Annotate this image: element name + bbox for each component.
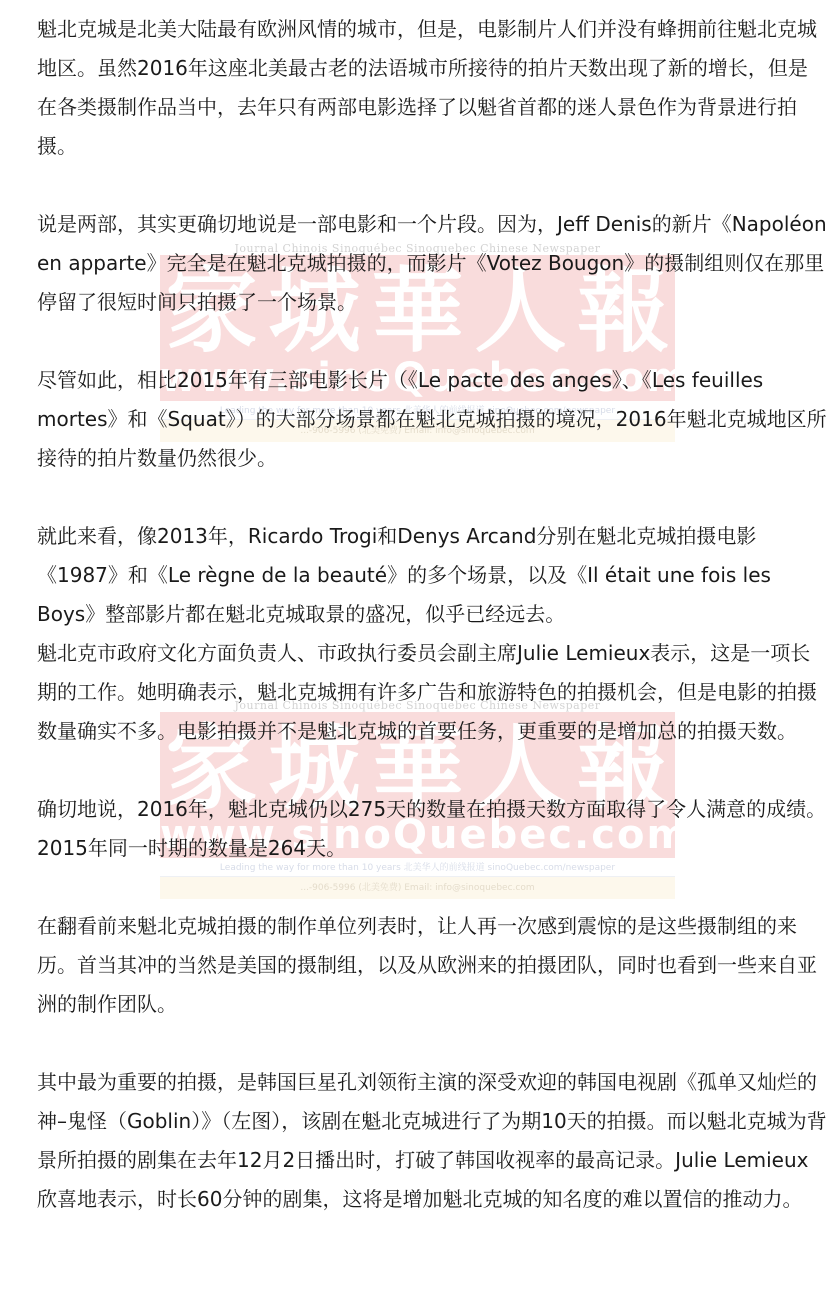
paragraph-goblin-drama: 其中最为重要的拍摄，是韩国巨星孔刘领衔主演的深受欢迎的韩国电视剧《孤单又灿烂的神… xyxy=(37,1063,827,1219)
paragraph-2013-heyday: 就此来看，像2013年，Ricardo Trogi和Denys Arcand分别… xyxy=(37,517,827,634)
paragraph-shooting-days: 确切地说，2016年，魁北克城仍以275天的数量在拍摄天数方面取得了令人满意的成… xyxy=(37,790,827,868)
paragraph-production-origins: 在翻看前来魁北克城拍摄的制作单位列表时，让人再一次感到震惊的是这些摄制组的来历。… xyxy=(37,907,827,1024)
paragraph-intro: 魁北克城是北美大陆最有欧洲风情的城市，但是，电影制片人们并没有蜂拥前往魁北克城地… xyxy=(37,10,827,166)
paragraph-2015-comparison: 尽管如此，相比2015年有三部电影长片（《Le pacte des anges》… xyxy=(37,361,827,478)
paragraph-julie-lemieux-statement: 魁北克市政府文化方面负责人、市政执行委员会副主席Julie Lemieux表示，… xyxy=(37,634,827,751)
article-body: 魁北克城是北美大陆最有欧洲风情的城市，但是，电影制片人们并没有蜂拥前往魁北克城地… xyxy=(37,10,827,1258)
paragraph-two-films: 说是两部，其实更确切地说是一部电影和一个片段。因为，Jeff Denis的新片《… xyxy=(37,205,827,322)
